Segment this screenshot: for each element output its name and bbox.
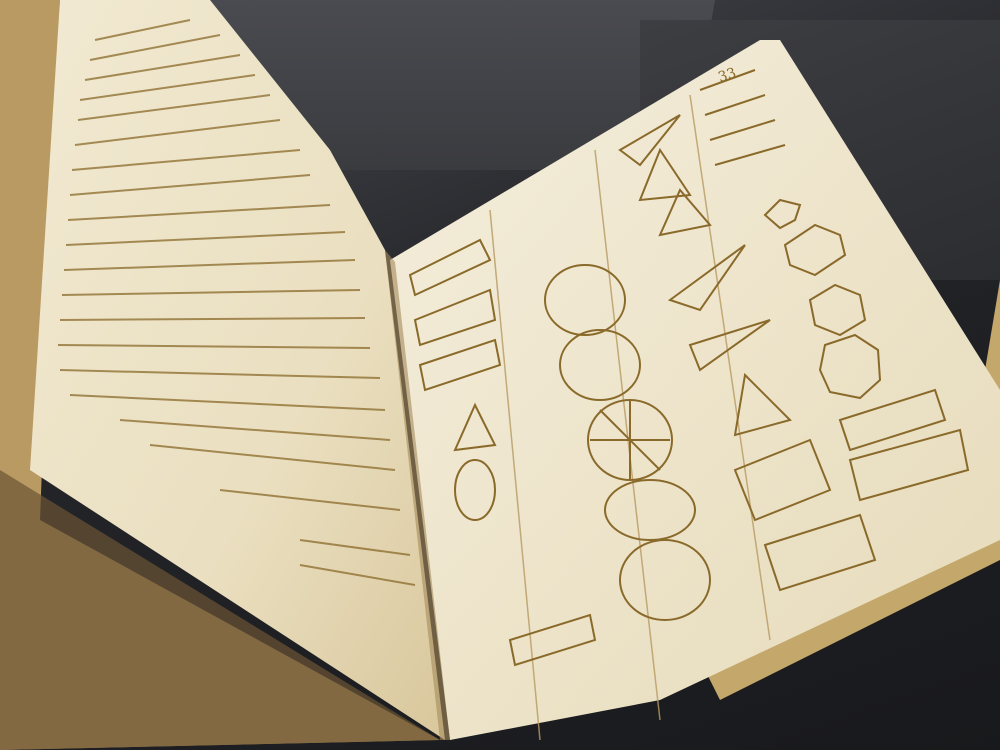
photo-scene: 33 [0, 0, 1000, 750]
manuscript-illustration: 33 [0, 0, 1000, 750]
right-page [390, 40, 1000, 740]
